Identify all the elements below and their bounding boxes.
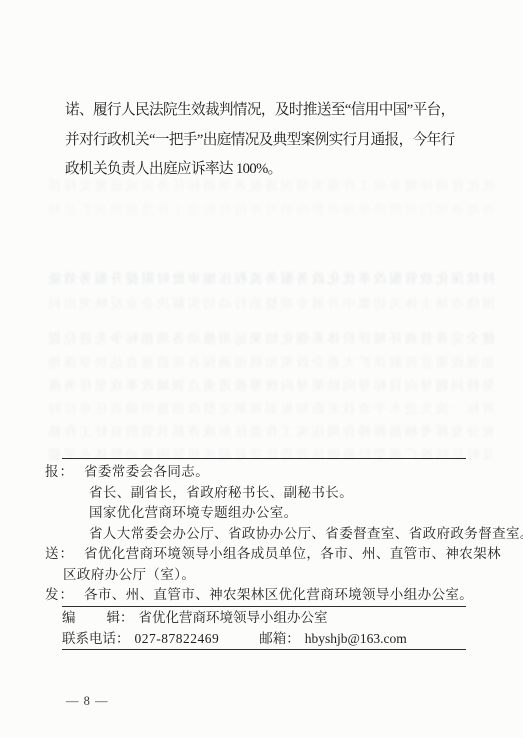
paragraph-line: 政机关负责人出庭应诉率达 100%。 — [65, 155, 465, 185]
contact-phone-label: 联系电话： — [62, 631, 130, 646]
dist-row-label: 发： — [45, 585, 84, 606]
dist-row-text: 国家优化营商环境专题组办公室。 — [89, 505, 298, 520]
contact-email-value: hbyshjb@163.com — [305, 631, 407, 646]
editor-label-right: 辑： — [107, 610, 134, 625]
ghost-line: 持续深化放管服改革优化政务服务流程压缩审批时限提升服务效能水平 — [45, 271, 495, 287]
dist-row-label: 送： — [45, 544, 84, 565]
ghost-line: 加强政策宣传解读扩大惠企政策知晓面确保各项措施直达快享落地见效 — [45, 355, 495, 371]
dist-row-text: 省人大常委会办公厅、省政协办公厅、省委督查室、省政府政务督查室。 — [89, 526, 523, 541]
ghost-line: 各地各部门对照清单逐项整改销号并按月报送工作进展情况汇总材料 — [45, 202, 495, 218]
dist-row: 区政府办公厅（室）。 — [45, 565, 523, 586]
editor-row: 编辑：省优化营商环境领导小组办公室 — [45, 607, 523, 628]
dist-row-send: 送：省优化营商环境领导小组各成员单位，各市、州、直管市、神农架林 — [45, 544, 523, 565]
dist-row: 省长、副省长，省政府秘书长、副秘书长。 — [45, 483, 523, 504]
contact-phone-value: 027-87822469 — [135, 631, 220, 646]
page-number: — 8 — — [66, 694, 109, 709]
body-paragraph: 诺、履行人民法院生效裁判情况，及时推送至“信用中国”平台， 并对行政机关“一把手… — [65, 96, 465, 185]
divider-top — [62, 458, 466, 459]
ghost-line: 健全完善营商环境评价体系强化结果运用推动各项指标争先进位提升 — [45, 331, 495, 347]
dist-row-issue: 发：各市、州、直管市、神农架林区优化营商环境领导小组办公室。 — [45, 585, 523, 606]
paragraph-line: 诺、履行人民法院生效裁判情况，及时推送至“信用中国”平台， — [65, 96, 465, 126]
dist-row: 省人大常委会办公厅、省政协办公厅、省委督查室、省政府政务督查室。 — [45, 524, 523, 545]
dist-row-text: 各市、州、直管市、神农架林区优化营商环境领导小组办公室。 — [84, 587, 473, 602]
distribution-block: 报：省委常委会各同志。 省长、副省长，省政府秘书长、副秘书长。 国家优化营商环境… — [45, 458, 523, 650]
editor-label-left: 编 — [62, 610, 76, 625]
editor-value: 省优化营商环境领导小组办公室 — [139, 610, 328, 625]
paragraph-line: 并对行政机关“一把手”出庭情况及典型案例实行月通报，今年行 — [65, 126, 465, 156]
ghost-line: 对标一流先进水平查找差距短板弱项制定整改措施明确责任单位时限 — [45, 401, 495, 417]
ghost-line: 充分发挥考核指挥棒作用压实工作责任形成齐抓共管的良好工作格局 — [45, 424, 495, 440]
dist-row: 国家优化营商环境专题组办公室。 — [45, 503, 523, 524]
dist-row-text: 省长、副省长，省政府秘书长、副秘书长。 — [89, 485, 353, 500]
divider-bottom — [62, 649, 466, 650]
ghost-line: 坚持问题导向目标导向结果导向统筹推进重点领域改革攻坚任务落实 — [45, 378, 495, 394]
dist-row-label: 报： — [45, 462, 84, 483]
dist-row-text: 区政府办公厅（室）。 — [63, 567, 195, 582]
contact-email-label: 邮箱： — [259, 631, 300, 646]
dist-row-report: 报：省委常委会各同志。 — [45, 462, 523, 483]
dist-row-text: 省委常委会各同志。 — [84, 464, 209, 479]
distribution-rows: 报：省委常委会各同志。 省长、副省长，省政府秘书长、副秘书长。 国家优化营商环境… — [45, 462, 523, 606]
contact-email-group: 邮箱：hbyshjb@163.com — [259, 631, 407, 646]
dist-row-text: 省优化营商环境领导小组各成员单位，各市、州、直管市、神农架林 — [84, 546, 501, 561]
ghost-line: 围绕市场主体关切集中开展专项整治行动切实解决企业反映突出问题 — [45, 296, 495, 312]
contact-row: 联系电话：027-87822469邮箱：hbyshjb@163.com — [45, 628, 523, 649]
document-page: 优化营商环境专项工作落实情况通报各项指标任务完成进度安排部署 各地各部门对照清单… — [0, 0, 523, 738]
